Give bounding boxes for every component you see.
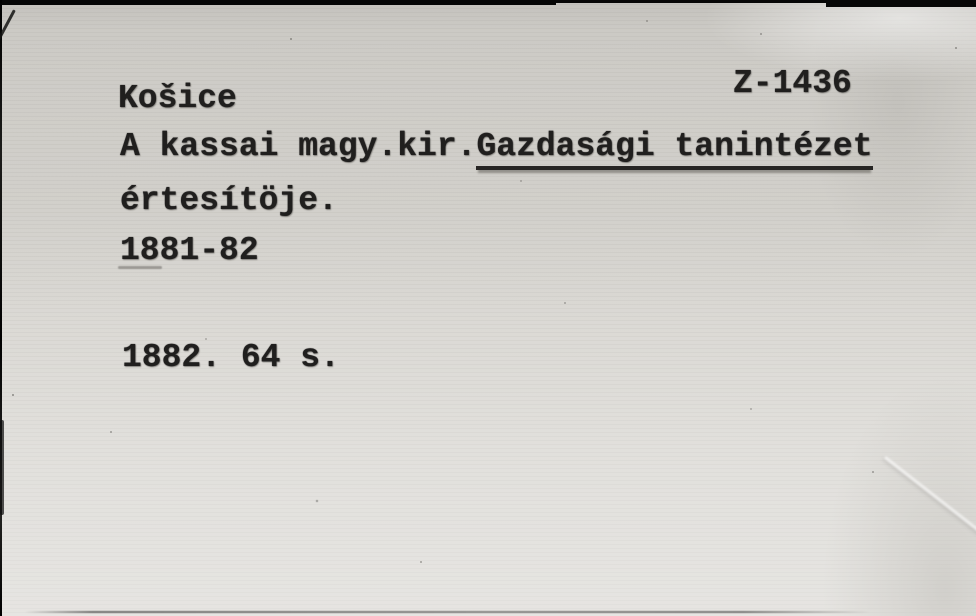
title-suffix-line: értesítöje. — [120, 184, 338, 217]
card-bottom-edge-line — [25, 611, 870, 613]
scan-edge-top-right — [826, 0, 976, 7]
corner-curl-mark — [0, 9, 16, 40]
title-underlined-segment: Gazdasági tanintézet — [476, 128, 872, 170]
title-line: A kassai magy.kir.Gazdasági tanintézet — [120, 130, 873, 163]
title-prefix: A kassai magy.kir. — [120, 128, 476, 165]
scan-edge-top-left — [0, 0, 556, 5]
paper-crease — [884, 456, 976, 557]
card-heading-place: Košice — [118, 82, 237, 115]
call-number: Z-1436 — [733, 67, 852, 100]
imprint-line: 1882. 64 s. — [122, 341, 340, 374]
scan-edge-left-blob — [0, 420, 4, 515]
catalog-card-scan: Z-1436 Košice A kassai magy.kir.Gazdaság… — [0, 0, 976, 616]
paper-speckles — [290, 38, 292, 40]
coverage-years: 1881-82 — [120, 234, 259, 267]
scan-edge-left — [0, 0, 2, 616]
